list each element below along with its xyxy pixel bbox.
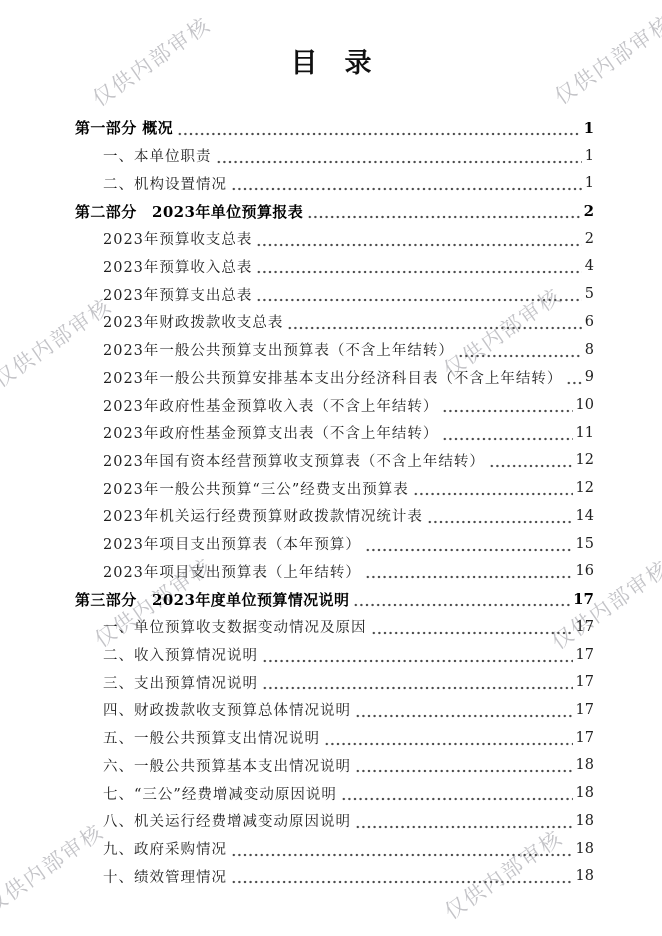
toc-entry-label: 四、财政拨款收支预算总体情况说明 <box>103 699 351 720</box>
toc-entry-page: 18 <box>576 757 594 773</box>
toc-entry-page: 2 <box>584 202 594 220</box>
toc-entry[interactable]: 九、政府采购情况18 <box>75 835 594 863</box>
toc-entry-label: 三、支出预算情况说明 <box>103 672 258 693</box>
dot-leader <box>231 169 582 197</box>
toc-entry-label: 五、一般公共预算支出情况说明 <box>103 727 320 748</box>
document-page: 仅供内部审核仅供内部审核仅供内部审核仅供内部审核仅供内部审核仅供内部审核仅供内部… <box>0 0 662 936</box>
dot-leader <box>458 336 582 364</box>
toc-entry[interactable]: 第一部分 概况1 <box>75 114 594 142</box>
toc-entry-page: 17 <box>576 619 594 635</box>
toc-entry-label: 2023年项目支出预算表（上年结转） <box>103 561 361 582</box>
dot-leader <box>231 835 573 863</box>
toc-entry[interactable]: 二、机构设置情况1 <box>75 169 594 197</box>
toc-entry-label: 2023年预算收入总表 <box>103 256 252 277</box>
page-title: 目 录 <box>0 48 662 79</box>
toc-entry[interactable]: 2023年政府性基金预算收入表（不含上年结转）10 <box>75 391 594 419</box>
toc-entry[interactable]: 十、绩效管理情况18 <box>75 862 594 890</box>
dot-leader <box>256 253 581 281</box>
toc-entry-label: 2023年一般公共预算“三公”经费支出预算表 <box>103 478 409 499</box>
toc-entry-label: 2023年预算支出总表 <box>103 284 252 305</box>
toc-entry-page: 14 <box>576 508 594 524</box>
toc-entry-page: 18 <box>576 868 594 884</box>
dot-leader <box>355 752 573 780</box>
dot-leader <box>442 419 572 447</box>
toc-entry[interactable]: 2023年项目支出预算表（本年预算）15 <box>75 530 594 558</box>
toc-entry-page: 12 <box>576 452 594 468</box>
toc-entry-label: 六、一般公共预算基本支出情况说明 <box>103 755 351 776</box>
toc-entry-page: 17 <box>576 674 594 690</box>
dot-leader <box>489 447 573 475</box>
toc-entry-page: 18 <box>576 785 594 801</box>
toc-entry-page: 5 <box>585 286 594 302</box>
dot-leader <box>216 142 582 170</box>
dot-leader <box>355 807 573 835</box>
toc-entry-label: 二、收入预算情况说明 <box>103 644 258 665</box>
dot-leader <box>256 225 581 253</box>
toc-entry-label: 十、绩效管理情况 <box>103 866 227 887</box>
toc-entry-label: 2023年一般公共预算支出预算表（不含上年结转） <box>103 339 454 360</box>
toc-entry-label: 2023年机关运行经费预算财政拨款情况统计表 <box>103 505 423 526</box>
toc-entry-page: 1 <box>585 148 594 164</box>
toc-entry-page: 17 <box>576 702 594 718</box>
toc-entry-page: 4 <box>585 258 594 274</box>
toc-entry-label: 八、机关运行经费增减变动原因说明 <box>103 810 351 831</box>
toc-entry-label: 2023年政府性基金预算收入表（不含上年结转） <box>103 395 438 416</box>
toc-entry-label: 第一部分 概况 <box>75 117 173 138</box>
dot-leader <box>231 862 573 890</box>
dot-leader <box>324 724 573 752</box>
dot-leader <box>365 558 573 586</box>
dot-leader <box>262 668 573 696</box>
dot-leader <box>442 391 572 419</box>
dot-leader <box>566 363 581 391</box>
toc-entry[interactable]: 2023年预算支出总表5 <box>75 280 594 308</box>
toc-entry-page: 2 <box>585 231 594 247</box>
toc-entry-page: 18 <box>576 841 594 857</box>
dot-leader <box>287 308 581 336</box>
dot-leader <box>353 585 570 613</box>
toc-entry-page: 17 <box>573 590 594 608</box>
toc-entry-page: 17 <box>576 730 594 746</box>
toc-entry-label: 2023年国有资本经营预算收支预算表（不含上年结转） <box>103 450 485 471</box>
dot-leader <box>413 474 573 502</box>
toc-entry-label: 第二部分 2023年单位预算报表 <box>75 201 303 222</box>
toc-entry-label: 一、单位预算收支数据变动情况及原因 <box>103 616 367 637</box>
toc-entry[interactable]: 六、一般公共预算基本支出情况说明18 <box>75 752 594 780</box>
toc-entry-label: 2023年财政拨款收支总表 <box>103 311 283 332</box>
dot-leader <box>177 114 581 142</box>
toc-entry-label: 第三部分 2023年度单位预算情况说明 <box>75 589 349 610</box>
toc-entry[interactable]: 2023年预算收支总表2 <box>75 225 594 253</box>
toc-entry[interactable]: 2023年预算收入总表4 <box>75 253 594 281</box>
toc-entry-page: 10 <box>576 397 594 413</box>
toc-entry[interactable]: 2023年一般公共预算支出预算表（不含上年结转）8 <box>75 336 594 364</box>
toc-entry[interactable]: 第二部分 2023年单位预算报表2 <box>75 197 594 225</box>
toc-entry-page: 6 <box>585 314 594 330</box>
dot-leader <box>355 696 573 724</box>
toc-entry[interactable]: 2023年政府性基金预算支出表（不含上年结转）11 <box>75 419 594 447</box>
toc-entry-page: 1 <box>585 175 594 191</box>
toc-entry-page: 18 <box>576 813 594 829</box>
dot-leader <box>262 641 573 669</box>
toc-list: 第一部分 概况1一、本单位职责1二、机构设置情况1第二部分 2023年单位预算报… <box>75 114 594 890</box>
toc-entry-page: 12 <box>576 480 594 496</box>
toc-entry[interactable]: 一、单位预算收支数据变动情况及原因17 <box>75 613 594 641</box>
toc-entry-page: 17 <box>576 647 594 663</box>
toc-entry[interactable]: 二、收入预算情况说明17 <box>75 641 594 669</box>
toc-entry[interactable]: 2023年一般公共预算“三公”经费支出预算表12 <box>75 474 594 502</box>
toc-entry[interactable]: 四、财政拨款收支预算总体情况说明17 <box>75 696 594 724</box>
toc-entry-page: 16 <box>576 563 594 579</box>
toc-entry[interactable]: 三、支出预算情况说明17 <box>75 668 594 696</box>
toc-entry[interactable]: 2023年国有资本经营预算收支预算表（不含上年结转）12 <box>75 447 594 475</box>
toc-entry-page: 1 <box>584 119 594 137</box>
toc-entry-page: 9 <box>585 369 594 385</box>
toc-entry[interactable]: 五、一般公共预算支出情况说明17 <box>75 724 594 752</box>
toc-entry-label: 二、机构设置情况 <box>103 173 227 194</box>
toc-entry[interactable]: 2023年财政拨款收支总表6 <box>75 308 594 336</box>
toc-entry[interactable]: 第三部分 2023年度单位预算情况说明17 <box>75 585 594 613</box>
toc-entry-label: 2023年一般公共预算安排基本支出分经济科目表（不含上年结转） <box>103 367 562 388</box>
toc-entry[interactable]: 2023年项目支出预算表（上年结转）16 <box>75 558 594 586</box>
toc-entry-label: 2023年预算收支总表 <box>103 228 252 249</box>
dot-leader <box>256 280 581 308</box>
dot-leader <box>307 197 580 225</box>
toc-entry[interactable]: 八、机关运行经费增减变动原因说明18 <box>75 807 594 835</box>
toc-entry[interactable]: 一、本单位职责1 <box>75 142 594 170</box>
dot-leader <box>341 779 573 807</box>
dot-leader <box>365 530 573 558</box>
toc-entry-label: 2023年政府性基金预算支出表（不含上年结转） <box>103 422 438 443</box>
toc-entry[interactable]: 2023年一般公共预算安排基本支出分经济科目表（不含上年结转）9 <box>75 363 594 391</box>
toc-entry-label: 九、政府采购情况 <box>103 838 227 859</box>
dot-leader <box>371 613 573 641</box>
dot-leader <box>427 502 573 530</box>
toc-entry-label: 七、“三公”经费增减变动原因说明 <box>103 783 337 804</box>
toc-entry-page: 15 <box>576 536 594 552</box>
toc-entry[interactable]: 2023年机关运行经费预算财政拨款情况统计表14 <box>75 502 594 530</box>
toc-entry-label: 2023年项目支出预算表（本年预算） <box>103 533 361 554</box>
toc-entry-page: 8 <box>585 342 594 358</box>
toc-entry[interactable]: 七、“三公”经费增减变动原因说明18 <box>75 779 594 807</box>
toc-entry-page: 11 <box>576 425 594 441</box>
toc-entry-label: 一、本单位职责 <box>103 145 212 166</box>
